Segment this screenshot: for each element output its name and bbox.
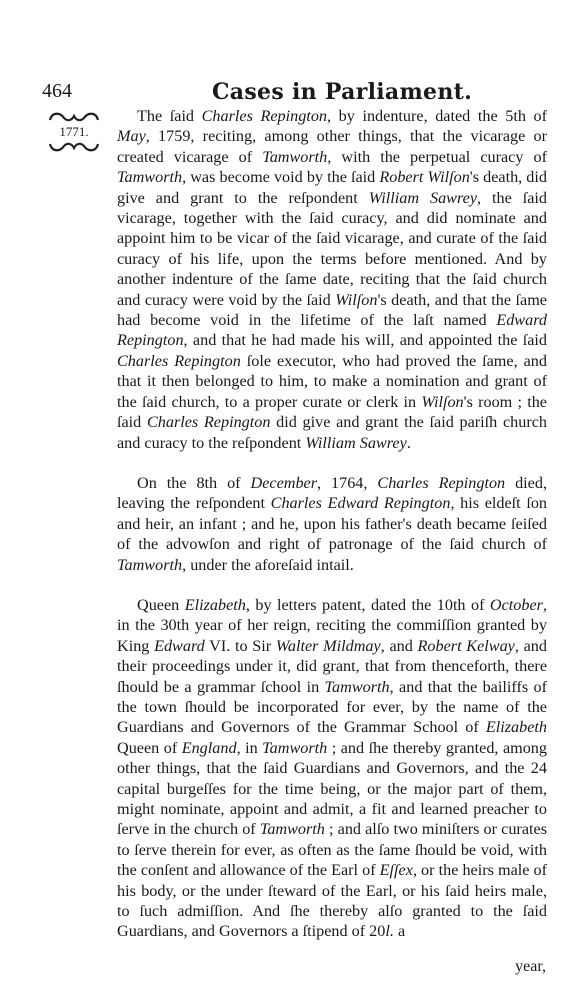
italic-text: Tamworth bbox=[262, 148, 327, 166]
italic-text: Tamworth bbox=[262, 739, 327, 757]
italic-text: Charles Repington bbox=[117, 352, 241, 370]
italic-text: Tamworth bbox=[117, 556, 182, 574]
text: a bbox=[394, 922, 405, 940]
paragraph-1: The ſaid Charles Repington, by indenture… bbox=[117, 106, 547, 453]
italic-text: Tamworth bbox=[260, 820, 325, 838]
text: Queen bbox=[137, 596, 185, 614]
italic-text: Elizabeth bbox=[486, 718, 547, 736]
italic-text: Robert Wilſon bbox=[379, 168, 469, 186]
running-title: Cases in Parliament. bbox=[212, 79, 472, 105]
italic-text: Eſſex bbox=[380, 861, 413, 879]
italic-text: December bbox=[251, 474, 318, 492]
italic-text: Edward bbox=[154, 637, 205, 655]
italic-text: England bbox=[182, 739, 237, 757]
text: , by indenture, dated the 5th of bbox=[327, 107, 547, 125]
italic-text: William Sawrey bbox=[369, 189, 477, 207]
italic-text: Charles Repington bbox=[147, 413, 271, 431]
italic-text: Charles Repington bbox=[202, 107, 327, 125]
italic-text: Walter Mildmay bbox=[276, 637, 381, 655]
italic-text: Tamworth bbox=[117, 168, 182, 186]
margin-note: 1771. bbox=[48, 108, 100, 156]
text: , by letters patent, dated the 10th of bbox=[246, 596, 490, 614]
italic-text: May bbox=[117, 127, 146, 145]
italic-text: Tamworth bbox=[325, 678, 390, 696]
italic-text: Charles Repington bbox=[377, 474, 505, 492]
upper-brace-icon bbox=[48, 108, 100, 124]
margin-year: 1771. bbox=[48, 124, 100, 140]
text: , under the aforeſaid intail. bbox=[182, 556, 354, 574]
catchword: year, bbox=[515, 958, 546, 976]
italic-text: l. bbox=[385, 922, 394, 940]
paragraph-2: On the 8th of December, 1764, Charles Re… bbox=[117, 473, 547, 575]
text: , and bbox=[381, 637, 418, 655]
text: , with the perpetual curacy of bbox=[327, 148, 547, 166]
text: , in bbox=[237, 739, 263, 757]
text: , was become void by the ſaid bbox=[182, 168, 379, 186]
italic-text: Wilſon bbox=[335, 291, 377, 309]
text: . bbox=[407, 434, 411, 452]
italic-text: Robert Kelway bbox=[418, 637, 515, 655]
page-number: 464 bbox=[42, 80, 72, 103]
italic-text: Elizabeth bbox=[185, 596, 246, 614]
italic-text: Charles Edward Repington bbox=[271, 494, 451, 512]
italic-text: October bbox=[490, 596, 543, 614]
text: , and that he had made his will, and app… bbox=[184, 331, 547, 349]
italic-text: Wilſon bbox=[421, 393, 463, 411]
text: , 1764, bbox=[317, 474, 377, 492]
paragraph-3: Queen Elizabeth, by letters patent, date… bbox=[117, 595, 547, 942]
italic-text: William Sawrey bbox=[305, 434, 406, 452]
text: VI. to Sir bbox=[205, 637, 276, 655]
body-text: The ſaid Charles Repington, by indenture… bbox=[117, 106, 547, 942]
text: On the 8th of bbox=[137, 474, 251, 492]
text: The ſaid bbox=[137, 107, 202, 125]
text: Queen of bbox=[117, 739, 182, 757]
lower-brace-icon bbox=[48, 140, 100, 156]
page-header: 464 Cases in Parliament. bbox=[0, 80, 570, 106]
